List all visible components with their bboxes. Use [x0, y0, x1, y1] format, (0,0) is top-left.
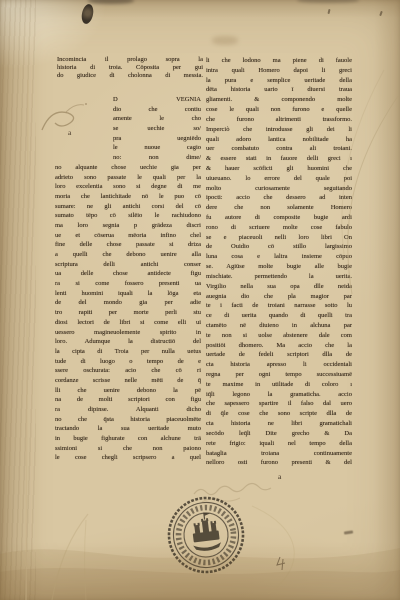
text-line: ce di uerita quando di quelli tra — [206, 311, 352, 321]
text-line: Imperciò che introdusse gli dei li — [206, 125, 352, 135]
text-line: historia di troia. Cōposita per gui — [57, 64, 203, 72]
text-line: tractando la sua ueritade muto — [55, 424, 201, 434]
text-line: te i facti de troiani narrasse sotto lu — [206, 301, 352, 311]
text-line: uer combatuto contra ali troiani. — [206, 144, 352, 154]
book-page: Incomincia il prolago sopra lahistoria d… — [0, 0, 400, 600]
pen-squiggle-mark — [276, 556, 288, 572]
text-line: pra uegniēdo — [113, 134, 201, 144]
text-line: dere che non solamente Homero — [206, 203, 352, 213]
text-line: molto curiosamente seguitando — [206, 184, 352, 194]
gutter-crease — [26, 80, 28, 600]
text-line: in bugie fighurate con alchune trā — [55, 434, 201, 444]
text-line: no: non dime/ — [113, 153, 201, 163]
text-line: uiueuano. lo errore del quale poi — [206, 174, 352, 184]
binding-gutter-texture — [0, 0, 36, 600]
stamp-castle-emblem — [189, 511, 221, 552]
text-line: a quelli che debono uenire alla — [55, 250, 201, 260]
text-line: rono di scriuere molte cose fabulo — [206, 223, 352, 233]
text-line: luna cosa e laltra insieme cōpuo — [206, 252, 352, 262]
crease-line — [52, 514, 88, 600]
text-line: moria che lantichitade nō le puo cō — [55, 192, 201, 202]
text-line: diosi lectori de libri si come elli ui — [55, 318, 201, 328]
text-line: te maxime in utilitade di coloro ı — [206, 380, 352, 390]
text-line: bataglia troiana continuamente — [206, 449, 352, 459]
text-line: sumare: ne gli antichi corsi del cō — [55, 202, 201, 212]
text-line: ssere oschurata: acio che cō ri — [55, 366, 201, 376]
text-line: D VEGNIA — [113, 95, 201, 105]
text-line: ua delle chose antidecte figu — [55, 269, 201, 279]
text-line: tude di luogo o tempo de e — [55, 357, 201, 367]
text-line: se. Agiūse molte bugie alle bugie — [206, 262, 352, 272]
text-line: lli che uenire debono la pē — [55, 386, 201, 396]
text-line: ra si come fossero presenti ua — [55, 279, 201, 289]
text-line: regna per ogni tempo successiuamē — [206, 370, 352, 380]
text-line: dio che contiu — [113, 105, 201, 115]
text-line: cta historia ne libri gramatichali — [206, 419, 352, 429]
text-line: la cipta di Troia per nulla uetus — [55, 347, 201, 357]
text-line: ue et cōserua mēoria infino chel — [55, 231, 201, 241]
text-line: nelloro osti furono presenti & del — [206, 458, 352, 468]
chapter-heading: Incomincia il prolago sopra lahistoria d… — [57, 56, 203, 79]
text-line: uertade de fedeli scriptori dlla de — [206, 350, 352, 360]
text-line: do giudice di cholonna di messia. — [57, 72, 203, 80]
text-line: amente le cho — [113, 114, 201, 124]
text-line: no che q̄sta historia piaceuolmēte — [55, 415, 201, 425]
text-line: intra quali Homero dapoi li greci — [206, 66, 352, 76]
text-line: uessero magineuolemente spirito in — [55, 328, 201, 338]
text-line: auegnia dio che pla magior par — [206, 292, 352, 302]
text-line: quali adoro lantica nobilitade ha — [206, 135, 352, 145]
text-line: dēta historia uario ī diuersi traua — [206, 85, 352, 95]
text-line: ipocti: accio che dessero ad inten — [206, 193, 352, 203]
text-line: ssimioni si che non paiono — [55, 444, 201, 454]
text-line: fu autore di composite bugie ardi — [206, 213, 352, 223]
text-line: scriptura delli antichi conser — [55, 260, 201, 270]
text-line: gliamenti. & componendo molte — [206, 95, 352, 105]
text-line: cordanze scrisse nelle mēti de q̄ — [55, 376, 201, 386]
text-line: li che lodono ma piene di fauole — [206, 56, 352, 66]
text-line: ctamēto nē diuieno in alchuna par — [206, 321, 352, 331]
top-edge-smudge — [297, 0, 359, 3]
text-line: & essere stati in fauore delli greci ı — [206, 154, 352, 164]
text-line: fine delle chose passate si driza — [55, 240, 201, 250]
text-line: no alquante chose uechie gia per — [55, 163, 201, 173]
scratch-arc — [348, 96, 398, 294]
text-line: sumato tēpo cō silēio le rachiudono — [55, 211, 201, 221]
text-line: mischiate. permettendo la uerita. — [206, 272, 352, 282]
pen-dash-mark — [344, 530, 353, 534]
text-line: cose le quali non furono e quelle — [206, 105, 352, 115]
text-line: na de molti scriptori con figu — [55, 395, 201, 405]
text-line: Virgilio nella sua opa dlle neida — [206, 282, 352, 292]
ink-blot — [80, 3, 95, 25]
text-line: le nuoue cagio — [113, 143, 201, 153]
margin-guide-letter: a — [68, 128, 71, 137]
text-line: adrieto sono passate le quali per la — [55, 173, 201, 183]
text-line: la pura e semplice ueritade della — [206, 76, 352, 86]
right-text-column: li che lodono ma piene di fauoleintra qu… — [206, 56, 352, 468]
text-line: se uechie so/ — [113, 124, 201, 134]
text-line: loro excelentia sono si degne di me — [55, 182, 201, 192]
text-line: de Ouidio cō stillo largissimo — [206, 242, 352, 252]
text-line: di q̄le cose che sono scripte dlla de — [206, 409, 352, 419]
faint-stain-spot — [212, 36, 238, 45]
text-line: se e piaceuoli nelli loro libri On — [206, 233, 352, 243]
text-line: de del mondo gia per adie — [55, 298, 201, 308]
left-column-body: no alquante chose uechie gia peradrieto … — [55, 163, 201, 463]
text-line: le cose chegli scripsero a quel — [55, 453, 201, 463]
text-line: ma loro segnia p grādeza discri — [55, 221, 201, 231]
drop-cap-indent-block: D VEGNIAdio che contiuamente le chose ue… — [113, 95, 201, 163]
text-line: positiōi dhomero. Ma accio che la — [206, 341, 352, 351]
text-line: ra dipinse. Alquanti dicho — [55, 405, 201, 415]
signature-mark: a — [278, 472, 281, 481]
left-text-column: D VEGNIAdio che contiuamente le chose ue… — [55, 95, 201, 463]
ink-speck — [379, 11, 383, 16]
text-line: Incomincia il prolago sopra la — [57, 56, 203, 64]
text-line: che sapessero spartire il falso dal uero — [206, 399, 352, 409]
library-stamp — [162, 493, 250, 577]
text-line: che furono altrimenti trassformo. — [206, 115, 352, 125]
text-line: & hauer scōficti gli huomini che — [206, 164, 352, 174]
text-line: te non si uolse abstenere dale com — [206, 331, 352, 341]
text-line: tro rapiti per morte perli stu — [55, 308, 201, 318]
text-line: loro. Adumque la distructiō del — [55, 337, 201, 347]
text-line: lenti huomini iquali la lōga eta — [55, 289, 201, 299]
text-line: iq̄li legono la gramaticha. accio — [206, 390, 352, 400]
text-line: cta historia apresso li occidentali — [206, 360, 352, 370]
text-line: rete frigio: iquali nel tempo della — [206, 439, 352, 449]
top-edge-smudge — [88, 0, 134, 4]
text-line: secōdo leq̄li Dite grecho & Da — [206, 429, 352, 439]
ink-speck — [327, 9, 330, 14]
